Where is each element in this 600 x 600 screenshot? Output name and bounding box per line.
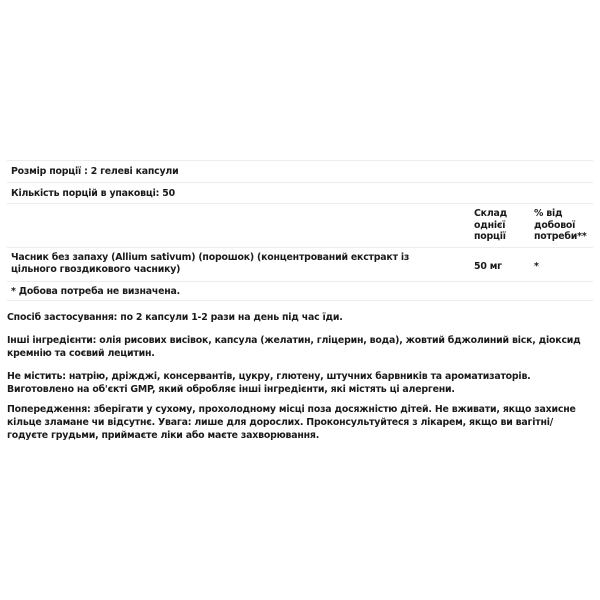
- serving-size-row: Розмір порції : 2 гелеві капсули: [7, 160, 593, 182]
- usage-directions: Спосіб застосування: по 2 капсули 1-2 ра…: [7, 311, 593, 324]
- servings-per-container-row: Кількість порцій в упаковці: 50: [7, 182, 593, 204]
- ingredient-amount: 50 мг: [474, 261, 529, 273]
- warnings: Попередження: зберігати у сухому, прохол…: [7, 403, 593, 442]
- ingredient-daily-value: *: [534, 261, 596, 273]
- daily-value-header: % від добової потреби**: [534, 208, 596, 243]
- ingredient-name: Часник без запаху (Allium sativum) (поро…: [11, 252, 431, 276]
- serving-size: Розмір порції : 2 гелеві капсули: [11, 166, 178, 177]
- supplement-facts-table: Розмір порції : 2 гелеві капсули Кількіс…: [7, 160, 593, 301]
- servings-per-container: Кількість порцій в упаковці: 50: [11, 188, 175, 199]
- footnote-row: * Добова потреба не визначена.: [7, 281, 593, 301]
- other-ingredients: Інші інгредієнти: олія рисових висівок, …: [7, 334, 593, 360]
- table-row: Часник без запаху (Allium sativum) (поро…: [7, 247, 593, 281]
- table-header-row: Склад однієї порції % від добової потреб…: [7, 203, 593, 247]
- free-of-statement: Не містить: натрію, дріжджі, консерванті…: [7, 370, 593, 396]
- footnote: * Добова потреба не визначена.: [11, 286, 180, 297]
- amount-per-serving-header: Склад однієї порції: [474, 208, 529, 243]
